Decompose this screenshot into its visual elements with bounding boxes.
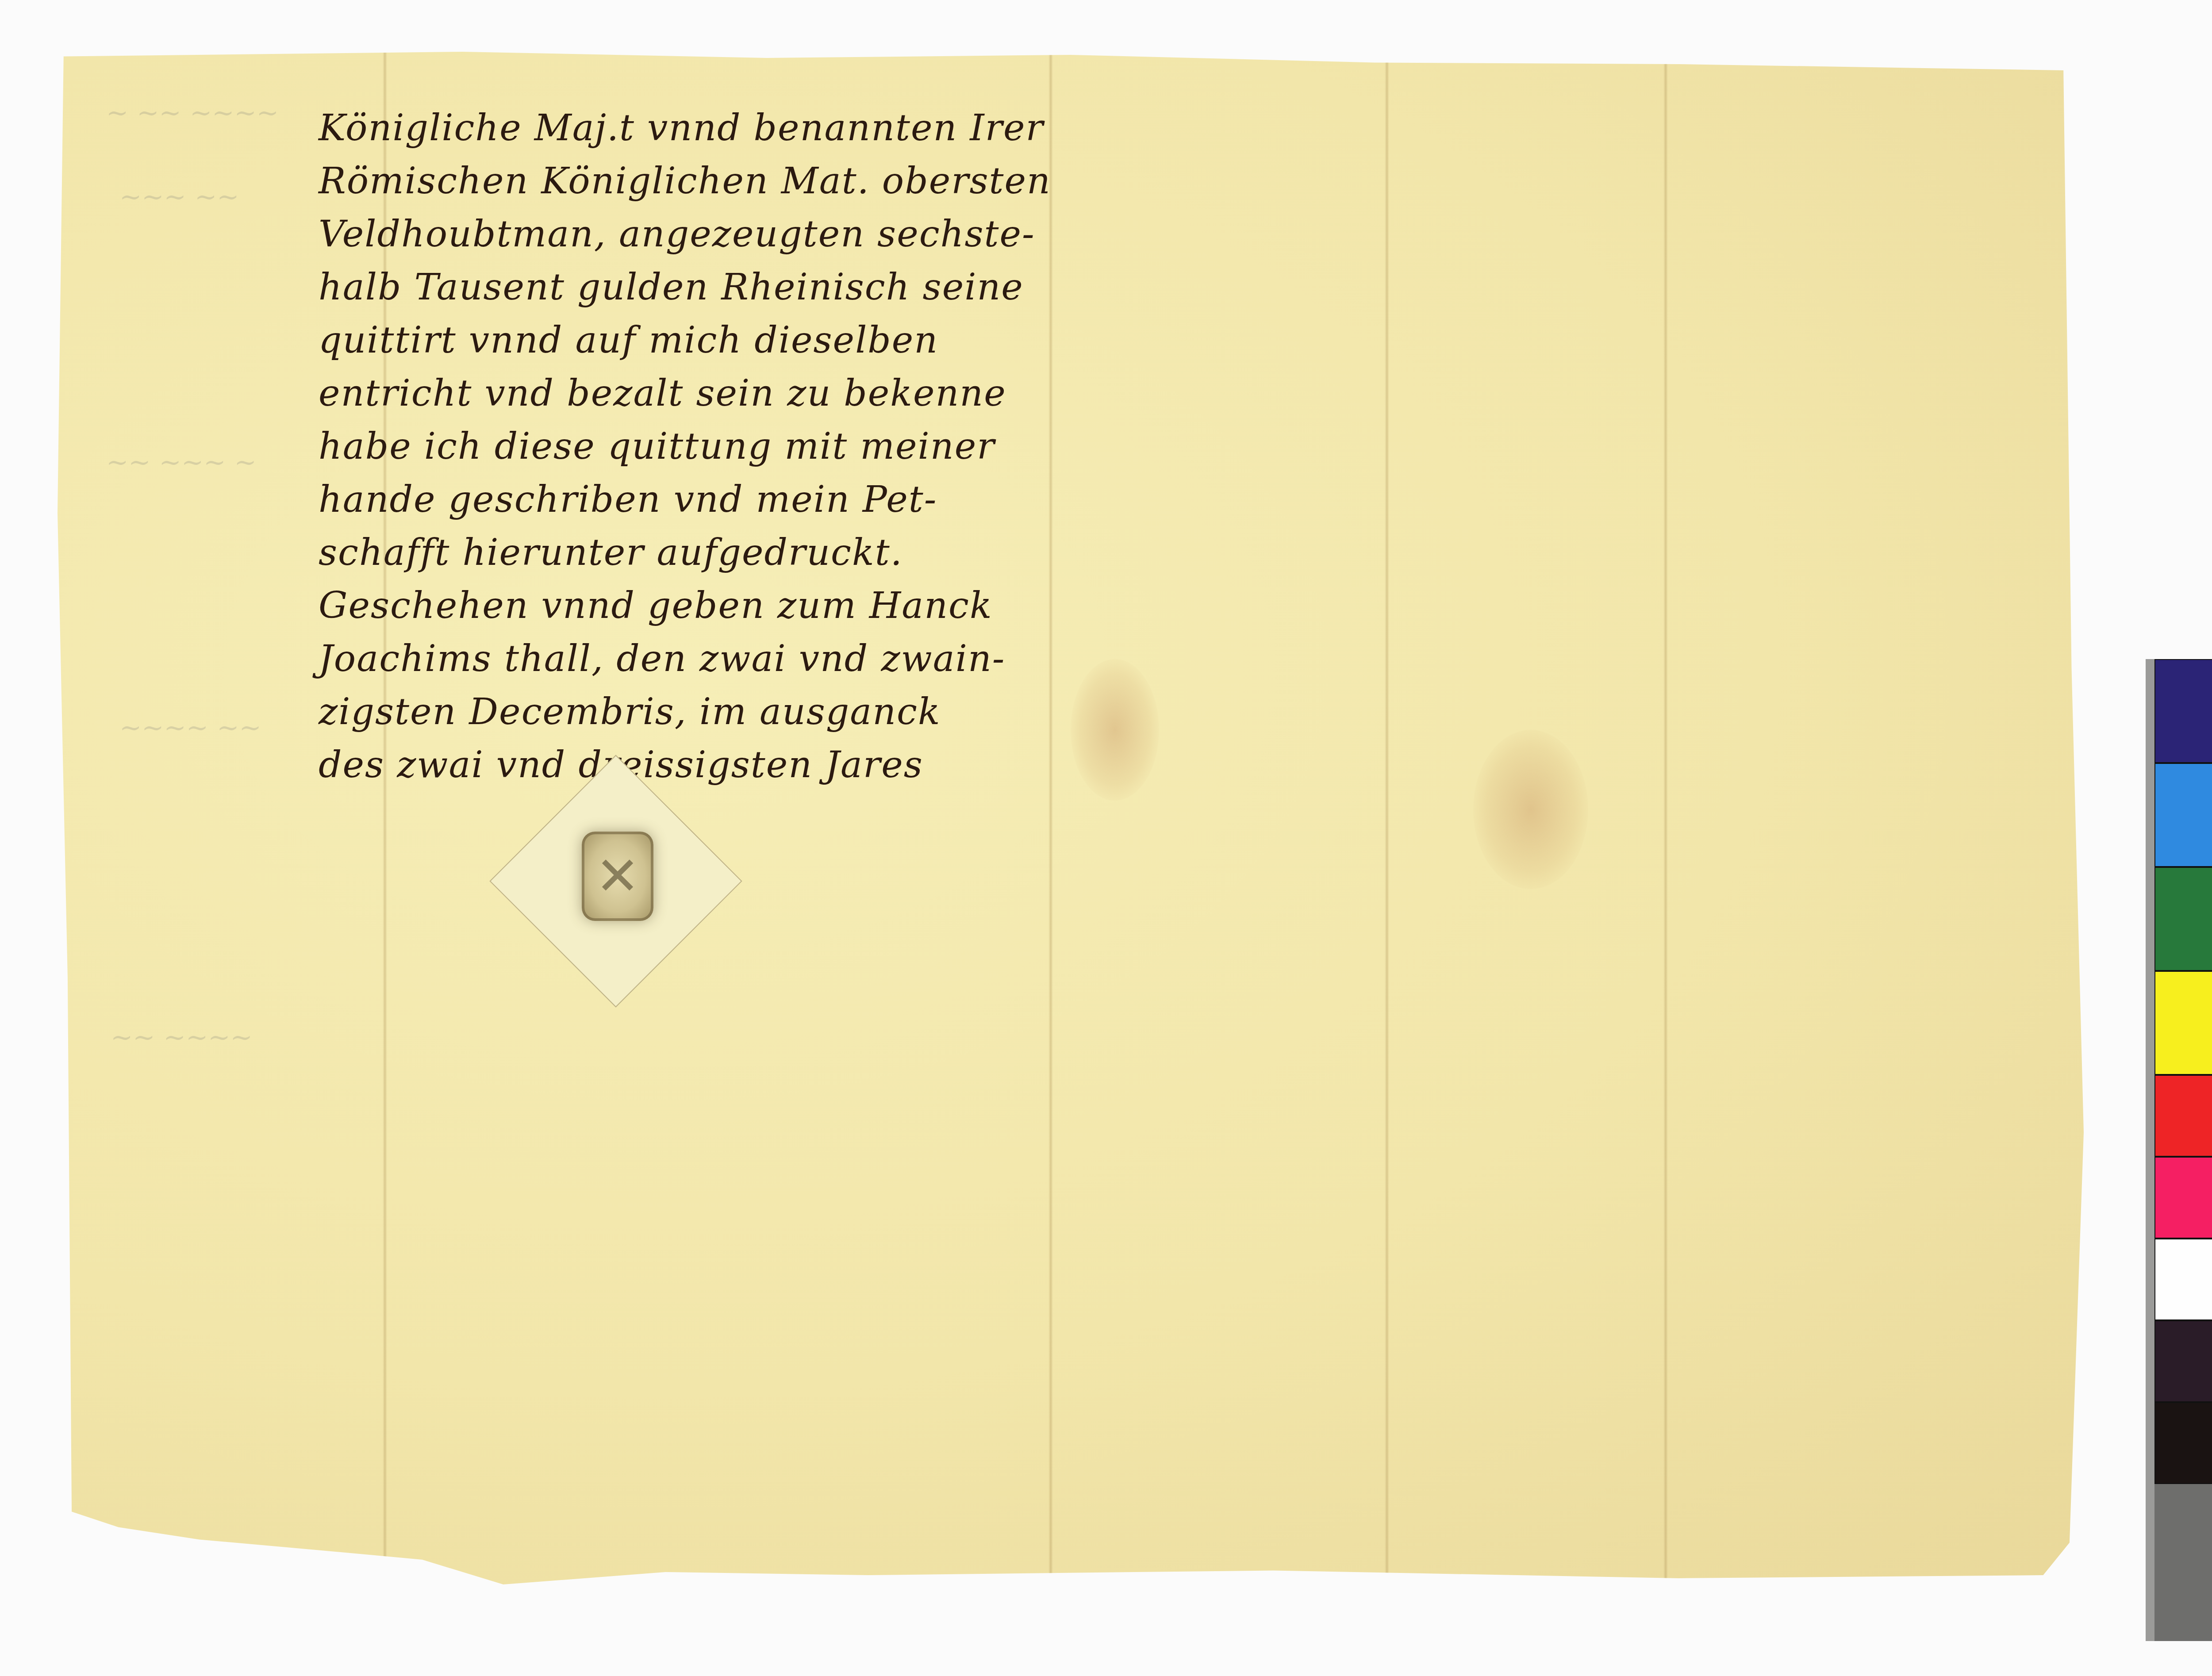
patch-yellow-dark <box>2154 971 2212 1075</box>
patch-green-dark <box>2154 867 2212 971</box>
handwritten-text: Königliche Maj.t vnnd benannten Irer Röm… <box>319 102 1026 792</box>
text-line: entricht vnd bezalt sein zu bekenne <box>319 367 1026 420</box>
patch-cyan-dark <box>2154 763 2212 867</box>
text-line: Joachims thall, den zwai vnd zwain- <box>319 633 1026 686</box>
bleed-through-text: ~~ ~~~ ~ <box>106 447 257 478</box>
text-line: Geschehen vnnd geben zum Hanck <box>319 579 1026 633</box>
fold-line <box>1663 49 1668 1597</box>
text-line: Veldhoubtman, angezeugten sechste- <box>319 208 1026 261</box>
fold-line <box>1048 49 1053 1597</box>
seal-wax: ✕ <box>582 832 653 921</box>
text-line: zigsten Decembris, im ausganck <box>319 686 1026 739</box>
patch-red-dark <box>2154 1075 2212 1157</box>
bleed-through-text: ~~~~ ~~ <box>119 712 261 743</box>
patch-white <box>2154 1239 2212 1320</box>
text-line: halb Tausent gulden Rheinisch seine <box>319 261 1026 314</box>
bleed-through-text: ~~ ~~~~ <box>111 1022 253 1053</box>
fold-line <box>1385 49 1389 1597</box>
patch-magenta-dark <box>2154 1157 2212 1239</box>
text-line: schafft hierunter aufgedruckt. <box>319 526 1026 579</box>
stain <box>1473 730 1588 889</box>
strip-edge <box>2146 659 2154 1641</box>
text-line: habe ich diese quittung mit meiner <box>319 420 1026 473</box>
patch-black-dark <box>2154 1402 2212 1484</box>
cross-emblem-icon: ✕ <box>595 846 640 907</box>
stain <box>1071 659 1159 801</box>
patch-blue-dark <box>2154 659 2212 763</box>
wax-seal: ✕ <box>495 761 734 1000</box>
manuscript-page: ~ ~~ ~~~~ ~~~ ~~ ~~ ~~~ ~ ~~~~ ~~ ~~ ~~~… <box>58 49 2084 1597</box>
color-control-strip: Kodak Color Control Patches Blue Cyan Gr… <box>2146 659 2212 1641</box>
bleed-through-text: ~ ~~ ~~~~ <box>106 97 279 128</box>
patch-3color-dark <box>2154 1320 2212 1402</box>
text-line: Königliche Maj.t vnnd benannten Irer <box>319 102 1026 155</box>
text-line: quittirt vnnd auf mich dieselben <box>319 314 1026 367</box>
text-line: Römischen Königlichen Mat. obersten <box>319 155 1026 208</box>
text-line: hande geschriben vnd mein Pet- <box>319 473 1026 526</box>
bleed-through-text: ~~~ ~~ <box>119 181 239 212</box>
